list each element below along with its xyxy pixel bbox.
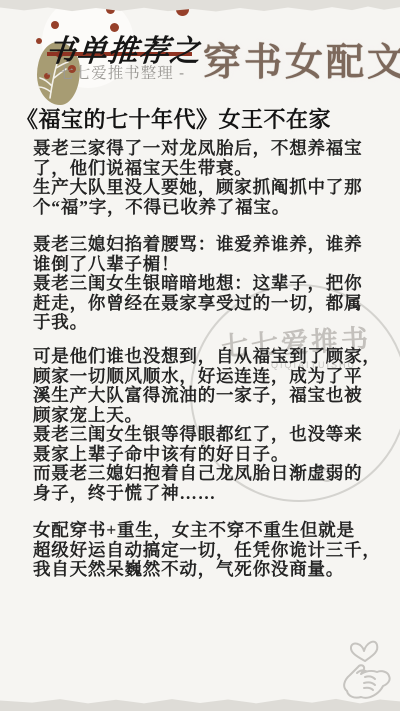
- category-tag: 穿书女配文: [203, 31, 400, 86]
- book-paragraph: 女配穿书+重生，女主不穿不重生但就是 超级好运自动搞定一切，任凭你诡计三千， 我…: [33, 521, 381, 580]
- book-title: 《福宝的七十年代》女王不在家: [16, 103, 331, 134]
- brand-subtitle: - 七七爱推书整理 -: [40, 61, 192, 83]
- finger-heart-hand-icon: [332, 625, 396, 707]
- book-paragraph: 聂老三家得了一对龙凤胎后，不想养福宝 了，他们说福宝天生带衰。 生产大队里没人要…: [33, 139, 362, 217]
- berry-dot: [36, 38, 42, 44]
- book-paragraph: 聂老三媳妇掐着腰骂：谁爱养谁养，谁养 谁倒了八辈子楣！ 聂老三闺女生银暗暗地想：…: [33, 235, 362, 333]
- book-recommendation-card: 书单推荐之 - 七七爱推书整理 - 穿书女配文 七七爱推书 QIQIAITUIS…: [0, 0, 400, 711]
- book-paragraph: 可是他们谁也没想到，自从福宝到了顾家， 顾家一切顺风顺水，好运连连，成为了平 溪…: [33, 347, 381, 503]
